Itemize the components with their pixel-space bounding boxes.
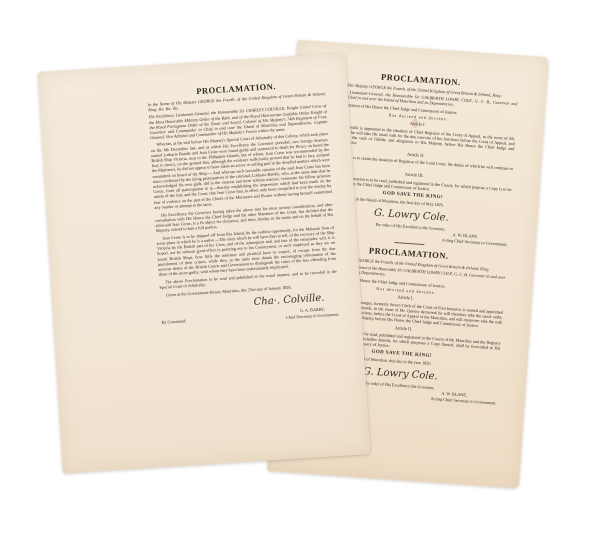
secretary-title: Chief Secretary to Government. <box>286 311 340 320</box>
left-sheet-text: PROCLAMATION. In the Name of His Majesty… <box>147 74 340 328</box>
by-command-label: By Command: <box>161 315 186 325</box>
divider-rule <box>394 242 424 245</box>
left-paragraph: Whereas, at the trial before His Majesty… <box>150 131 332 210</box>
left-proclamation-sheet: PROCLAMATION. In the Name of His Majesty… <box>38 53 371 474</box>
secretary-block: G. A. BARRY, Chief Secretary to Governme… <box>286 306 340 320</box>
